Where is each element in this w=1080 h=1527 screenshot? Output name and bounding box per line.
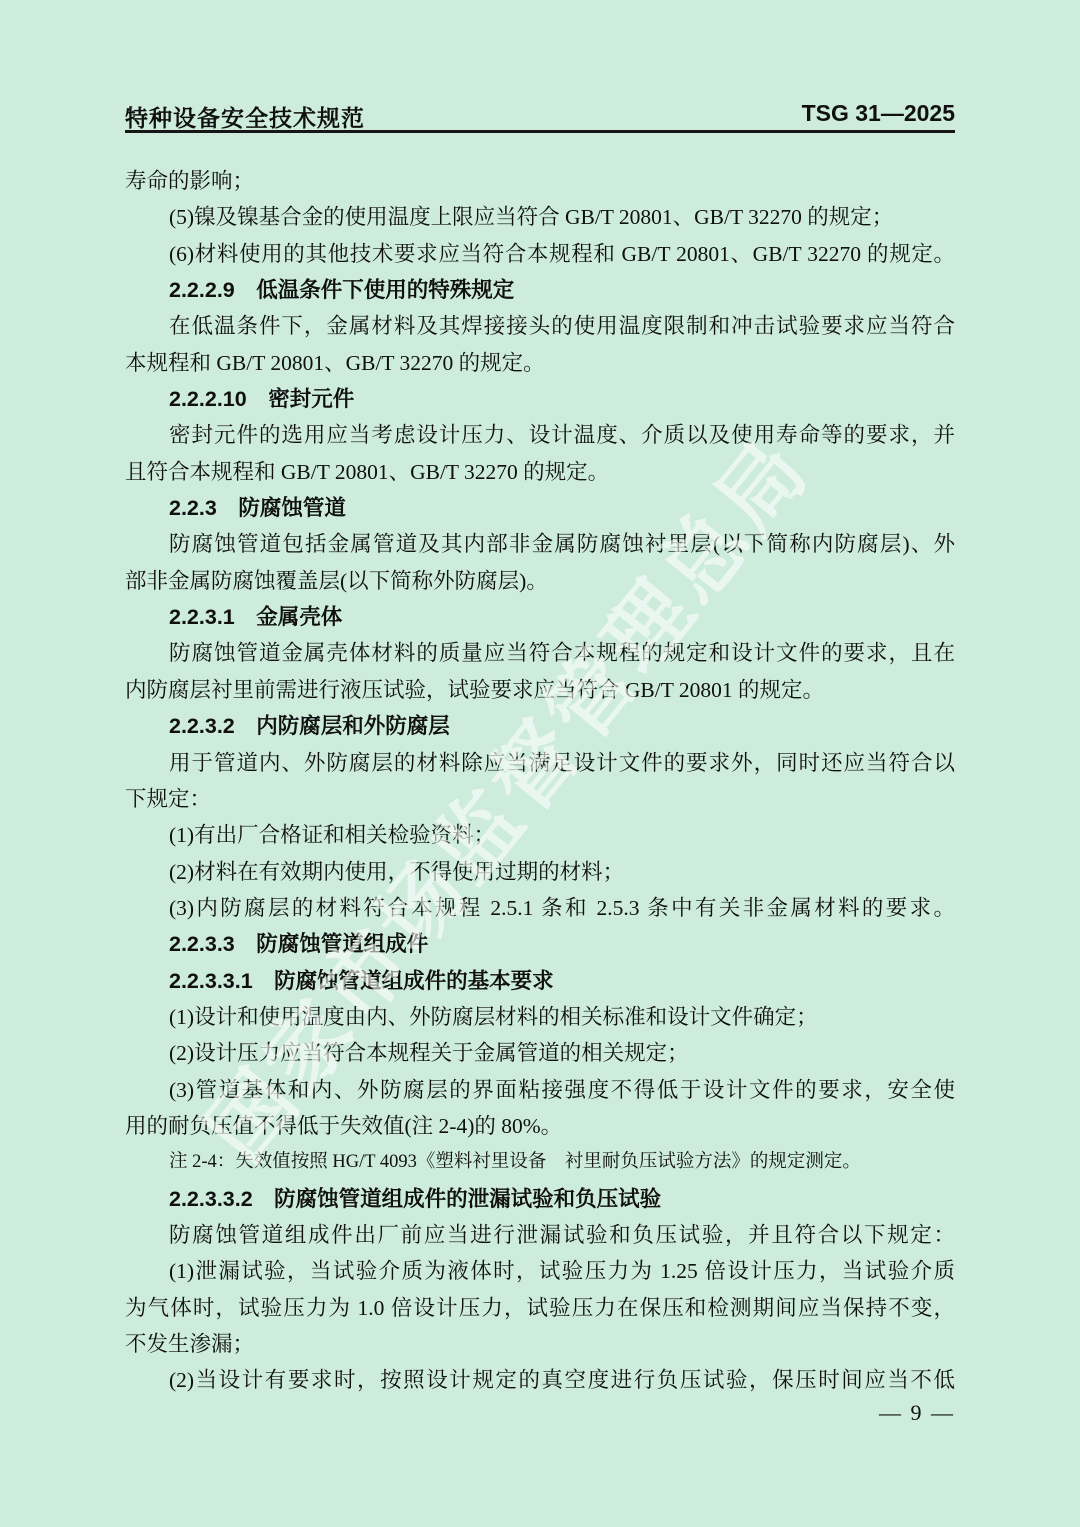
header-divider <box>125 130 955 133</box>
doc-header-code: TSG 31—2025 <box>802 100 955 127</box>
document-page: 特种设备安全技术规范 TSG 31—2025 寿命的影响； (5)镍及镍基合金的… <box>0 0 1080 1527</box>
text-line: 在低温条件下，金属材料及其焊接接头的使用温度限制和冲击试验要求应当符合 <box>125 308 955 344</box>
section-heading: 2.2.3.3.1 防腐蚀管道组成件的基本要求 <box>125 963 955 999</box>
text-line: (1)泄漏试验，当试验介质为液体时，试验压力为 1.25 倍设计压力，当试验介质 <box>125 1253 955 1289</box>
section-heading: 2.2.3.2 内防腐层和外防腐层 <box>125 708 955 744</box>
text-line: (2)设计压力应当符合本规程关于金属管道的相关规定； <box>125 1035 955 1071</box>
text-line: (2)材料在有效期内使用，不得使用过期的材料； <box>125 854 955 890</box>
section-heading: 2.2.3.3 防腐蚀管道组成件 <box>125 926 955 962</box>
text-line: 用于管道内、外防腐层的材料除应当满足设计文件的要求外，同时还应当符合以 <box>125 745 955 781</box>
footnote-line: 注 2-4：失效值按照 HG/T 4093《塑料衬里设备 衬里耐负压试验方法》的… <box>125 1144 955 1180</box>
text-line: (3)管道基体和内、外防腐层的界面粘接强度不得低于设计文件的要求，安全使 <box>125 1072 955 1108</box>
text-line: (5)镍及镍基合金的使用温度上限应当符合 GB/T 20801、GB/T 322… <box>125 199 955 235</box>
text-line: 用的耐负压值不得低于失效值(注 2-4)的 80%。 <box>125 1108 955 1144</box>
section-heading: 2.2.2.9 低温条件下使用的特殊规定 <box>125 272 955 308</box>
text-line: 防腐蚀管道组成件出厂前应当进行泄漏试验和负压试验，并且符合以下规定： <box>125 1217 955 1253</box>
text-line: 为气体时，试验压力为 1.0 倍设计压力，试验压力在保压和检测期间应当保持不变， <box>125 1290 955 1326</box>
text-line: (1)设计和使用温度由内、外防腐层材料的相关标准和设计文件确定； <box>125 999 955 1035</box>
doc-header-title: 特种设备安全技术规范 <box>125 100 365 133</box>
text-line: 且符合本规程和 GB/T 20801、GB/T 32270 的规定。 <box>125 454 955 490</box>
text-line: 不发生渗漏； <box>125 1326 955 1362</box>
text-line: (2)当设计有要求时，按照设计规定的真空度进行负压试验，保压时间应当不低 <box>125 1362 955 1398</box>
text-line: 部非金属防腐蚀覆盖层(以下简称外防腐层)。 <box>125 563 955 599</box>
section-heading: 2.2.3.1 金属壳体 <box>125 599 955 635</box>
text-line: 本规程和 GB/T 20801、GB/T 32270 的规定。 <box>125 345 955 381</box>
body-text: 寿命的影响； (5)镍及镍基合金的使用温度上限应当符合 GB/T 20801、G… <box>125 163 955 1399</box>
text-line: 防腐蚀管道包括金属管道及其内部非金属防腐蚀衬里层(以下简称内防腐层)、外 <box>125 526 955 562</box>
text-line: (3)内防腐层的材料符合本规程 2.5.1 条和 2.5.3 条中有关非金属材料… <box>125 890 955 926</box>
page-number: — 9 — <box>879 1400 955 1426</box>
text-line: (1)有出厂合格证和相关检验资料； <box>125 817 955 853</box>
text-line: 寿命的影响； <box>125 163 955 199</box>
text-line: 下规定： <box>125 781 955 817</box>
text-line: (6)材料使用的其他技术要求应当符合本规程和 GB/T 20801、GB/T 3… <box>125 236 955 272</box>
section-heading: 2.2.3 防腐蚀管道 <box>125 490 955 526</box>
section-heading: 2.2.3.3.2 防腐蚀管道组成件的泄漏试验和负压试验 <box>125 1181 955 1217</box>
section-heading: 2.2.2.10 密封元件 <box>125 381 955 417</box>
text-line: 密封元件的选用应当考虑设计压力、设计温度、介质以及使用寿命等的要求，并 <box>125 417 955 453</box>
text-line: 内防腐层衬里前需进行液压试验，试验要求应当符合 GB/T 20801 的规定。 <box>125 672 955 708</box>
text-line: 防腐蚀管道金属壳体材料的质量应当符合本规程的规定和设计文件的要求，且在 <box>125 635 955 671</box>
